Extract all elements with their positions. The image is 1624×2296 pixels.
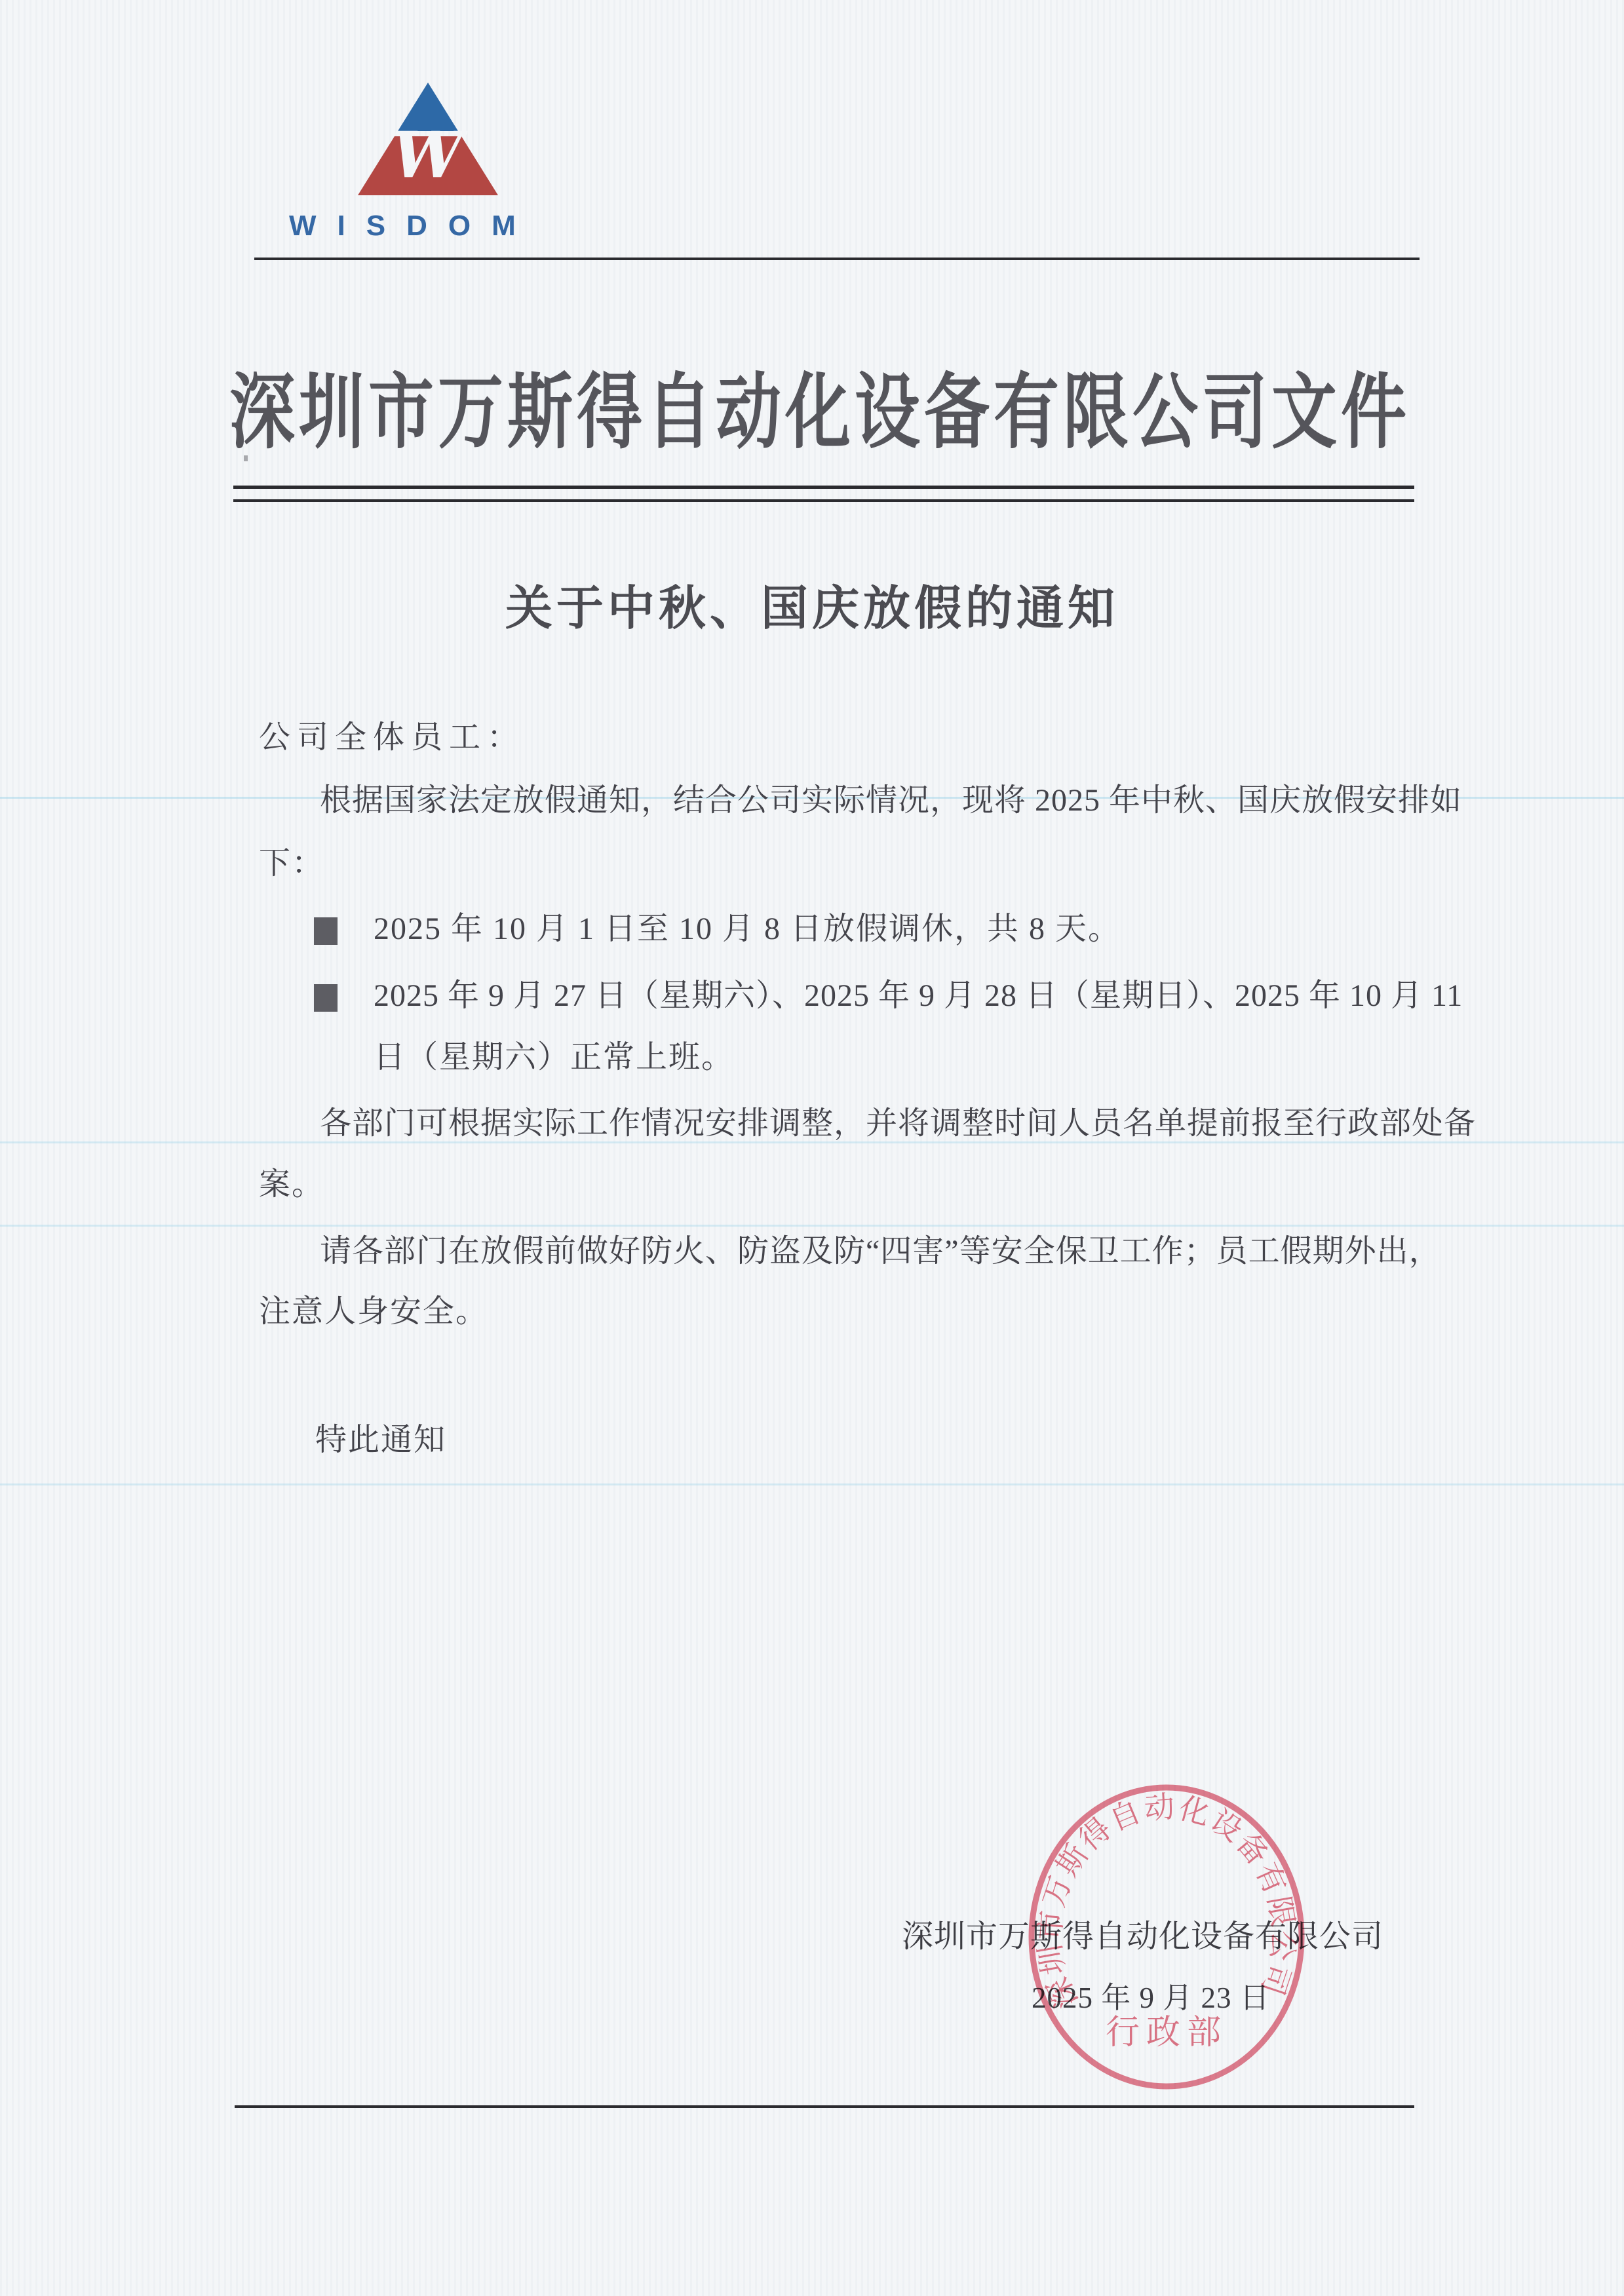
scanned-notice-document: W WISDOM 深圳市万斯得自动化设备有限公司文件 关于中秋、国庆放假的通知 … bbox=[0, 0, 1624, 2296]
bullet-item-2-line-1: 2025 年 9 月 27 日（星期六）、2025 年 9 月 28 日（星期日… bbox=[374, 978, 1463, 1014]
scan-artifact-line bbox=[0, 1225, 1624, 1227]
svg-text:深圳市万斯得自动化设备有限公司: 深圳市万斯得自动化设备有限公司 bbox=[1032, 1789, 1301, 2014]
paragraph-3-line-2: 注意人身安全。 bbox=[259, 1293, 488, 1330]
title-rule-top bbox=[233, 486, 1414, 489]
paragraph-3-line-1: 请各部门在放假前做好防火、防盗及防“四害”等安全保卫工作；员工假期外出， bbox=[320, 1233, 1441, 1270]
paragraph-1-line-2: 下： bbox=[259, 845, 324, 882]
salutation: 公司全体员工： bbox=[259, 719, 525, 756]
wisdom-logo-triangle-icon: W bbox=[353, 77, 503, 202]
logo-monogram: W bbox=[392, 118, 468, 192]
brand-wordmark: WISDOM bbox=[289, 210, 537, 242]
scan-speck bbox=[244, 455, 248, 461]
document-title: 深圳市万斯得自动化设备有限公司文件 bbox=[229, 346, 1395, 464]
footer-rule bbox=[235, 2105, 1414, 2108]
bullet-item-2-line-2: 日（星期六）正常上班。 bbox=[374, 1039, 734, 1076]
bullet-square-icon bbox=[314, 984, 338, 1012]
closing-phrase: 特此通知 bbox=[315, 1422, 446, 1459]
notice-subject: 关于中秋、国庆放假的通知 bbox=[229, 570, 1395, 638]
header-rule bbox=[254, 258, 1420, 260]
paragraph-1-line-1: 根据国家法定放假通知，结合公司实际情况，现将 2025 年中秋、国庆放假安排如 bbox=[320, 782, 1462, 819]
paragraph-2-line-2: 案。 bbox=[259, 1166, 324, 1203]
seal-ring-text: 深圳市万斯得自动化设备有限公司 bbox=[1032, 1789, 1301, 2014]
title-rule-bottom bbox=[233, 499, 1414, 502]
paragraph-2-line-1: 各部门可根据实际工作情况安排调整，并将调整时间人员名单提前报至行政部处备 bbox=[320, 1105, 1476, 1142]
scan-artifact-line bbox=[0, 1483, 1624, 1485]
company-seal-stamp: 深圳市万斯得自动化设备有限公司 行政部 bbox=[1022, 1778, 1311, 2099]
bullet-square-icon bbox=[314, 917, 338, 945]
bullet-item-1: 2025 年 10 月 1 日至 10 月 8 日放假调休，共 8 天。 bbox=[374, 911, 1121, 947]
seal-department-text: 行政部 bbox=[1106, 2014, 1228, 2052]
